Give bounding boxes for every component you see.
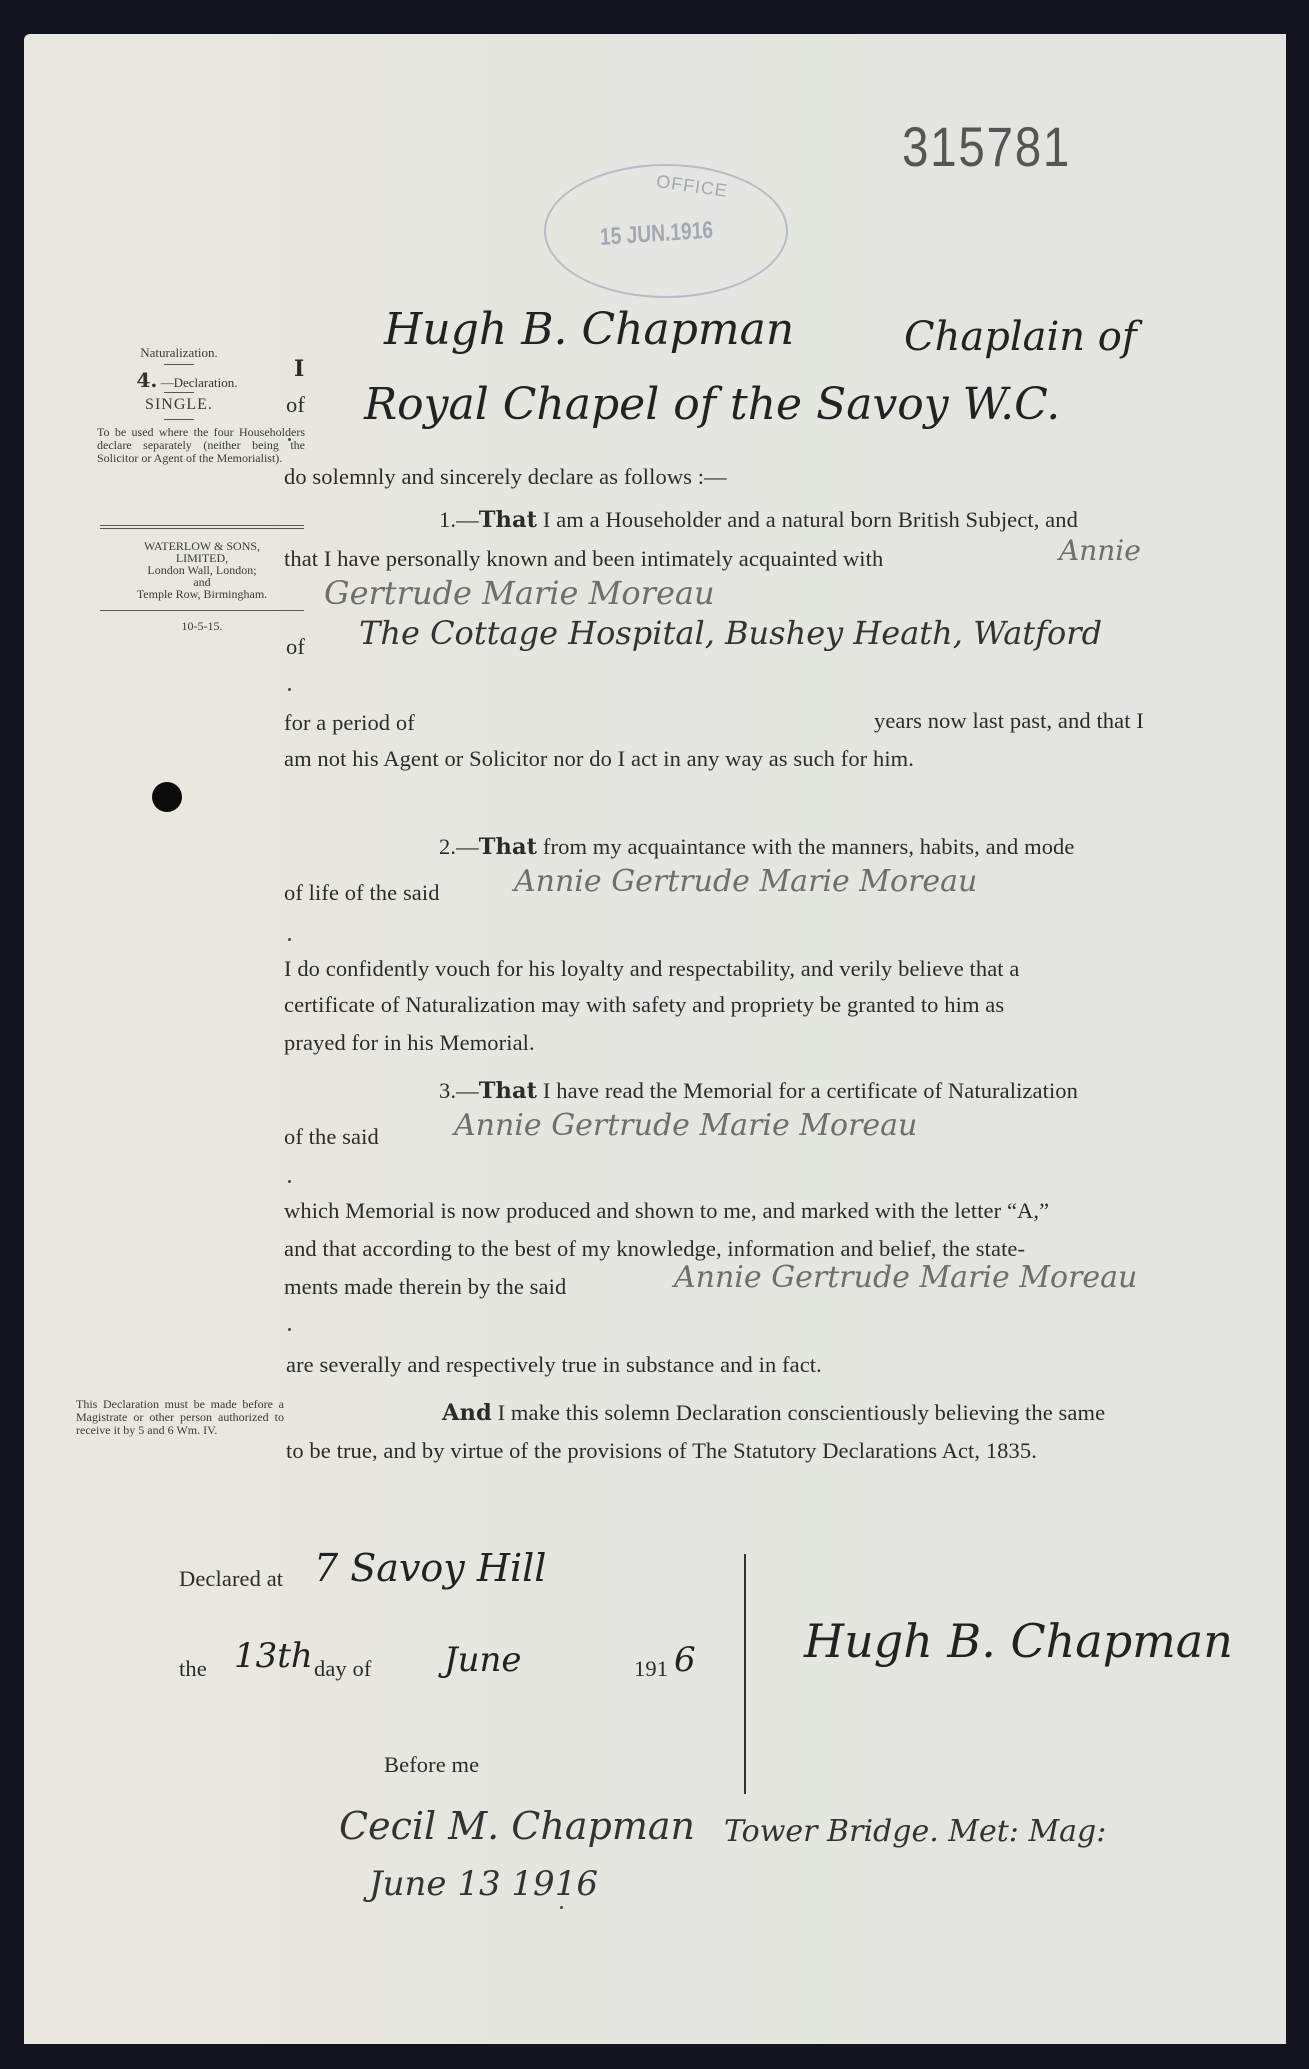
clause-2-line-5: prayed for in his Memorial. [284, 1030, 535, 1056]
divider [100, 528, 304, 529]
clause-2-text: from my acquaintance with the manners, h… [543, 834, 1075, 859]
subject-name-part-2: Gertrude Marie Moreau [324, 574, 715, 612]
the-label: the [179, 1656, 207, 1682]
divider [164, 419, 194, 420]
closing-text: I make this solemn Declaration conscient… [498, 1400, 1106, 1425]
clause-2-subject-name: Annie Gertrude Marie Moreau [514, 864, 977, 899]
clause-3-number: 3.— [439, 1078, 479, 1103]
period-label: for a period of [284, 710, 415, 736]
clause-1-line-2: that I have personally known and been in… [284, 546, 883, 572]
form-type: —Declaration. [161, 375, 238, 390]
clause-2-number: 2.— [439, 834, 479, 859]
divider [100, 610, 304, 611]
clause-2-line-3: I do confidently vouch for his loyalty a… [284, 956, 1019, 982]
divider [164, 392, 194, 393]
stamp-office-text: OFFICE [655, 171, 729, 202]
clause-3-label-2: ments made therein by the said [284, 1274, 566, 1300]
clause-1-that: That [479, 507, 537, 533]
declare-line: do solemnly and sincerely declare as fol… [284, 464, 727, 490]
divider [100, 525, 304, 526]
brace-line [744, 1554, 746, 1794]
dot [288, 1180, 291, 1183]
closing-line-1: And I make this solemn Declaration consc… [442, 1400, 1105, 1426]
declared-day: 13th [234, 1636, 313, 1676]
clause-3-that: That [479, 1078, 537, 1104]
dot [560, 1906, 563, 1909]
year-prefix: 191 [634, 1656, 668, 1682]
clause-3-text: I have read the Memorial for a certifica… [543, 1078, 1078, 1103]
of-label: of [286, 634, 305, 660]
printer-address-2: Temple Row, Birmingham. [100, 588, 304, 601]
document-page: OFFICE 15 JUN.1916 315781 Naturalization… [24, 34, 1286, 2044]
declared-month: June [444, 1640, 522, 1680]
clause-1-text: I am a Householder and a natural born Br… [543, 507, 1078, 532]
print-date: 10-5-15. [100, 620, 304, 633]
usage-note: To be used where the four Householders d… [97, 426, 305, 465]
form-variant: SINGLE. [104, 398, 254, 411]
declarant-title: Chaplain of [904, 314, 1137, 360]
clause-3-label: of the said [284, 1124, 379, 1150]
form-number-line: 4. —Declaration. [112, 368, 262, 392]
divider [164, 364, 194, 365]
clause-3-line-1: 3.—That I have read the Memorial for a c… [439, 1078, 1078, 1104]
clause-2-line-1: 2.—That from my acquaintance with the ma… [439, 834, 1075, 860]
magistrate-date: June 13 1916 [369, 1864, 598, 1904]
form-number: 4. [136, 368, 157, 392]
period-field [474, 710, 854, 736]
punch-hole [152, 782, 182, 812]
closing-line-2: to be true, and by virtue of the provisi… [286, 1438, 1037, 1464]
stamp-date: 15 JUN.1916 [599, 217, 713, 252]
before-me-label: Before me [384, 1752, 479, 1778]
declarant-name: Hugh B. Chapman [384, 304, 794, 355]
of-label: of [286, 392, 305, 418]
declarant-signature: Hugh B. Chapman [804, 1614, 1233, 1668]
dot [288, 688, 291, 691]
magistrate-signature: Cecil M. Chapman [339, 1804, 695, 1848]
clause-3-line-4: and that according to the best of my kno… [284, 1236, 1025, 1262]
clause-1-years: years now last past, and that I [874, 708, 1144, 734]
clause-2-label: of life of the said [284, 880, 440, 906]
clause-2-that: That [479, 834, 537, 860]
clause-3-line-6: are severally and respectively true in s… [286, 1352, 822, 1378]
dot [288, 438, 291, 441]
declared-place: 7 Savoy Hill [314, 1546, 546, 1590]
dot [288, 938, 291, 941]
clause-1-agent: am not his Agent or Solicitor nor do I a… [284, 746, 914, 772]
document-number: 315781 [902, 114, 1071, 179]
dot [288, 1328, 291, 1331]
magistrate-note: This Declaration must be made before a M… [76, 1398, 284, 1437]
subject-name-part-1: Annie [1059, 534, 1141, 567]
year-suffix: 6 [674, 1640, 696, 1680]
declarant-address: Royal Chapel of the Savoy W.C. [364, 379, 1060, 430]
clause-1-line-1: 1.—That I am a Householder and a natural… [439, 507, 1078, 533]
clause-1-number: 1.— [439, 507, 479, 532]
office-received-stamp: OFFICE 15 JUN.1916 [544, 164, 788, 298]
subject-address: The Cottage Hospital, Bushey Heath, Watf… [359, 614, 1102, 652]
clause-2-line-4: certificate of Naturalization may with s… [284, 992, 1004, 1018]
day-of-label: day of [314, 1656, 371, 1682]
clause-3-subject-name: Annie Gertrude Marie Moreau [454, 1108, 917, 1143]
declared-at-label: Declared at [179, 1566, 283, 1592]
clause-3-line-3: which Memorial is now produced and shown… [284, 1198, 1049, 1224]
form-title: Naturalization. [104, 346, 254, 359]
magistrate-title: Tower Bridge. Met: Mag: [724, 1814, 1106, 1849]
closing-and: And [442, 1400, 492, 1426]
clause-3-subject-name-2: Annie Gertrude Marie Moreau [674, 1260, 1137, 1295]
i-label: I [294, 356, 304, 382]
